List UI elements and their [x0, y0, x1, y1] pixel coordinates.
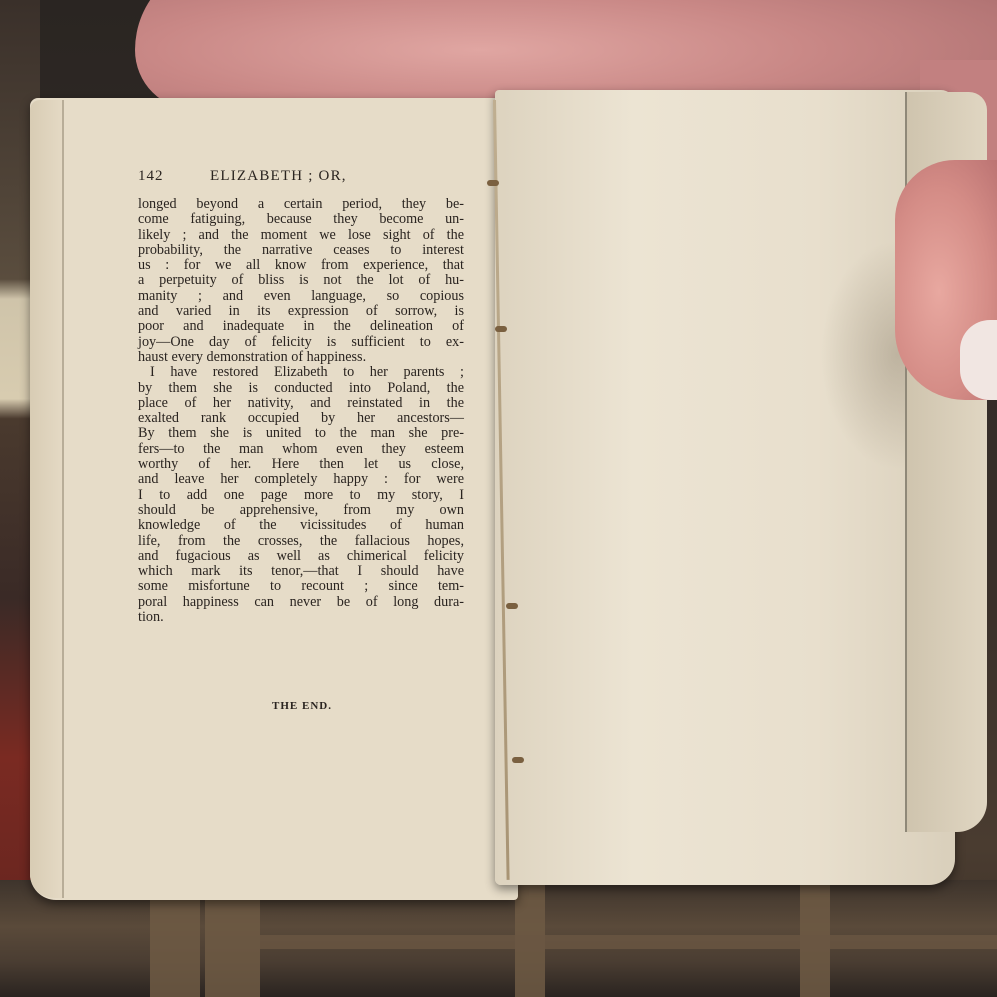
- text-line: some misfortune to recount ; since tem-: [138, 579, 464, 594]
- text-line: longed beyond a certain period, they be-: [138, 197, 464, 212]
- text-line: joy—One day of felicity is sufficient to…: [138, 335, 464, 350]
- text-line: manity ; and even language, so copious: [138, 289, 464, 304]
- text-line: fers—to the man whom even they esteem: [138, 442, 464, 457]
- binding-stitch: [487, 180, 499, 186]
- running-head-title: ELIZABETH ; OR,: [210, 168, 347, 185]
- page-text-block: 142 ELIZABETH ; OR, longed beyond a cert…: [138, 168, 464, 625]
- thumbnail-nail: [960, 320, 997, 400]
- binding-stitch: [495, 326, 507, 332]
- the-end-label: THE END.: [272, 700, 332, 712]
- text-line: should be apprehensive, from my own: [138, 503, 464, 518]
- text-line: I have restored Elizabeth to her parents…: [138, 365, 464, 380]
- text-line: haust every demonstration of happiness.: [138, 350, 464, 365]
- text-line: place of her nativity, and reinstated in…: [138, 396, 464, 411]
- text-line: worthy of her. Here then let us close,: [138, 457, 464, 472]
- shelf-rail: [260, 935, 997, 949]
- text-line: and leave her completely happy : for wer…: [138, 472, 464, 487]
- text-line: probability, the narrative ceases to int…: [138, 243, 464, 258]
- text-line: which mark its tenor,—that I should have: [138, 564, 464, 579]
- page-number: 142: [138, 168, 210, 185]
- text-line: us : for we all know from experience, th…: [138, 258, 464, 273]
- text-line: knowledge of the vicissitudes of human: [138, 518, 464, 533]
- text-line: come fatiguing, because they become un-: [138, 212, 464, 227]
- right-page: [495, 90, 955, 885]
- running-head: 142 ELIZABETH ; OR,: [138, 168, 464, 185]
- binding-stitch: [512, 757, 524, 763]
- text-line: and varied in its expression of sorrow, …: [138, 304, 464, 319]
- text-line: By them she is united to the man she pre…: [138, 426, 464, 441]
- text-line: poor and inadequate in the delineation o…: [138, 319, 464, 334]
- text-line: I to add one page more to my story, I: [138, 488, 464, 503]
- text-line: poral happiness can never be of long dur…: [138, 595, 464, 610]
- left-page-edges: [30, 100, 64, 898]
- text-line: likely ; and the moment we lose sight of…: [138, 228, 464, 243]
- binding-stitch: [506, 603, 518, 609]
- text-line: and fugacious as well as chimerical feli…: [138, 549, 464, 564]
- text-line: a perpetuity of bliss is not the lot of …: [138, 273, 464, 288]
- text-line: tion.: [138, 610, 464, 625]
- text-line: by them she is conducted into Poland, th…: [138, 381, 464, 396]
- text-line: life, from the crosses, the fallacious h…: [138, 534, 464, 549]
- text-line: exalted rank occupied by her ancestors—: [138, 411, 464, 426]
